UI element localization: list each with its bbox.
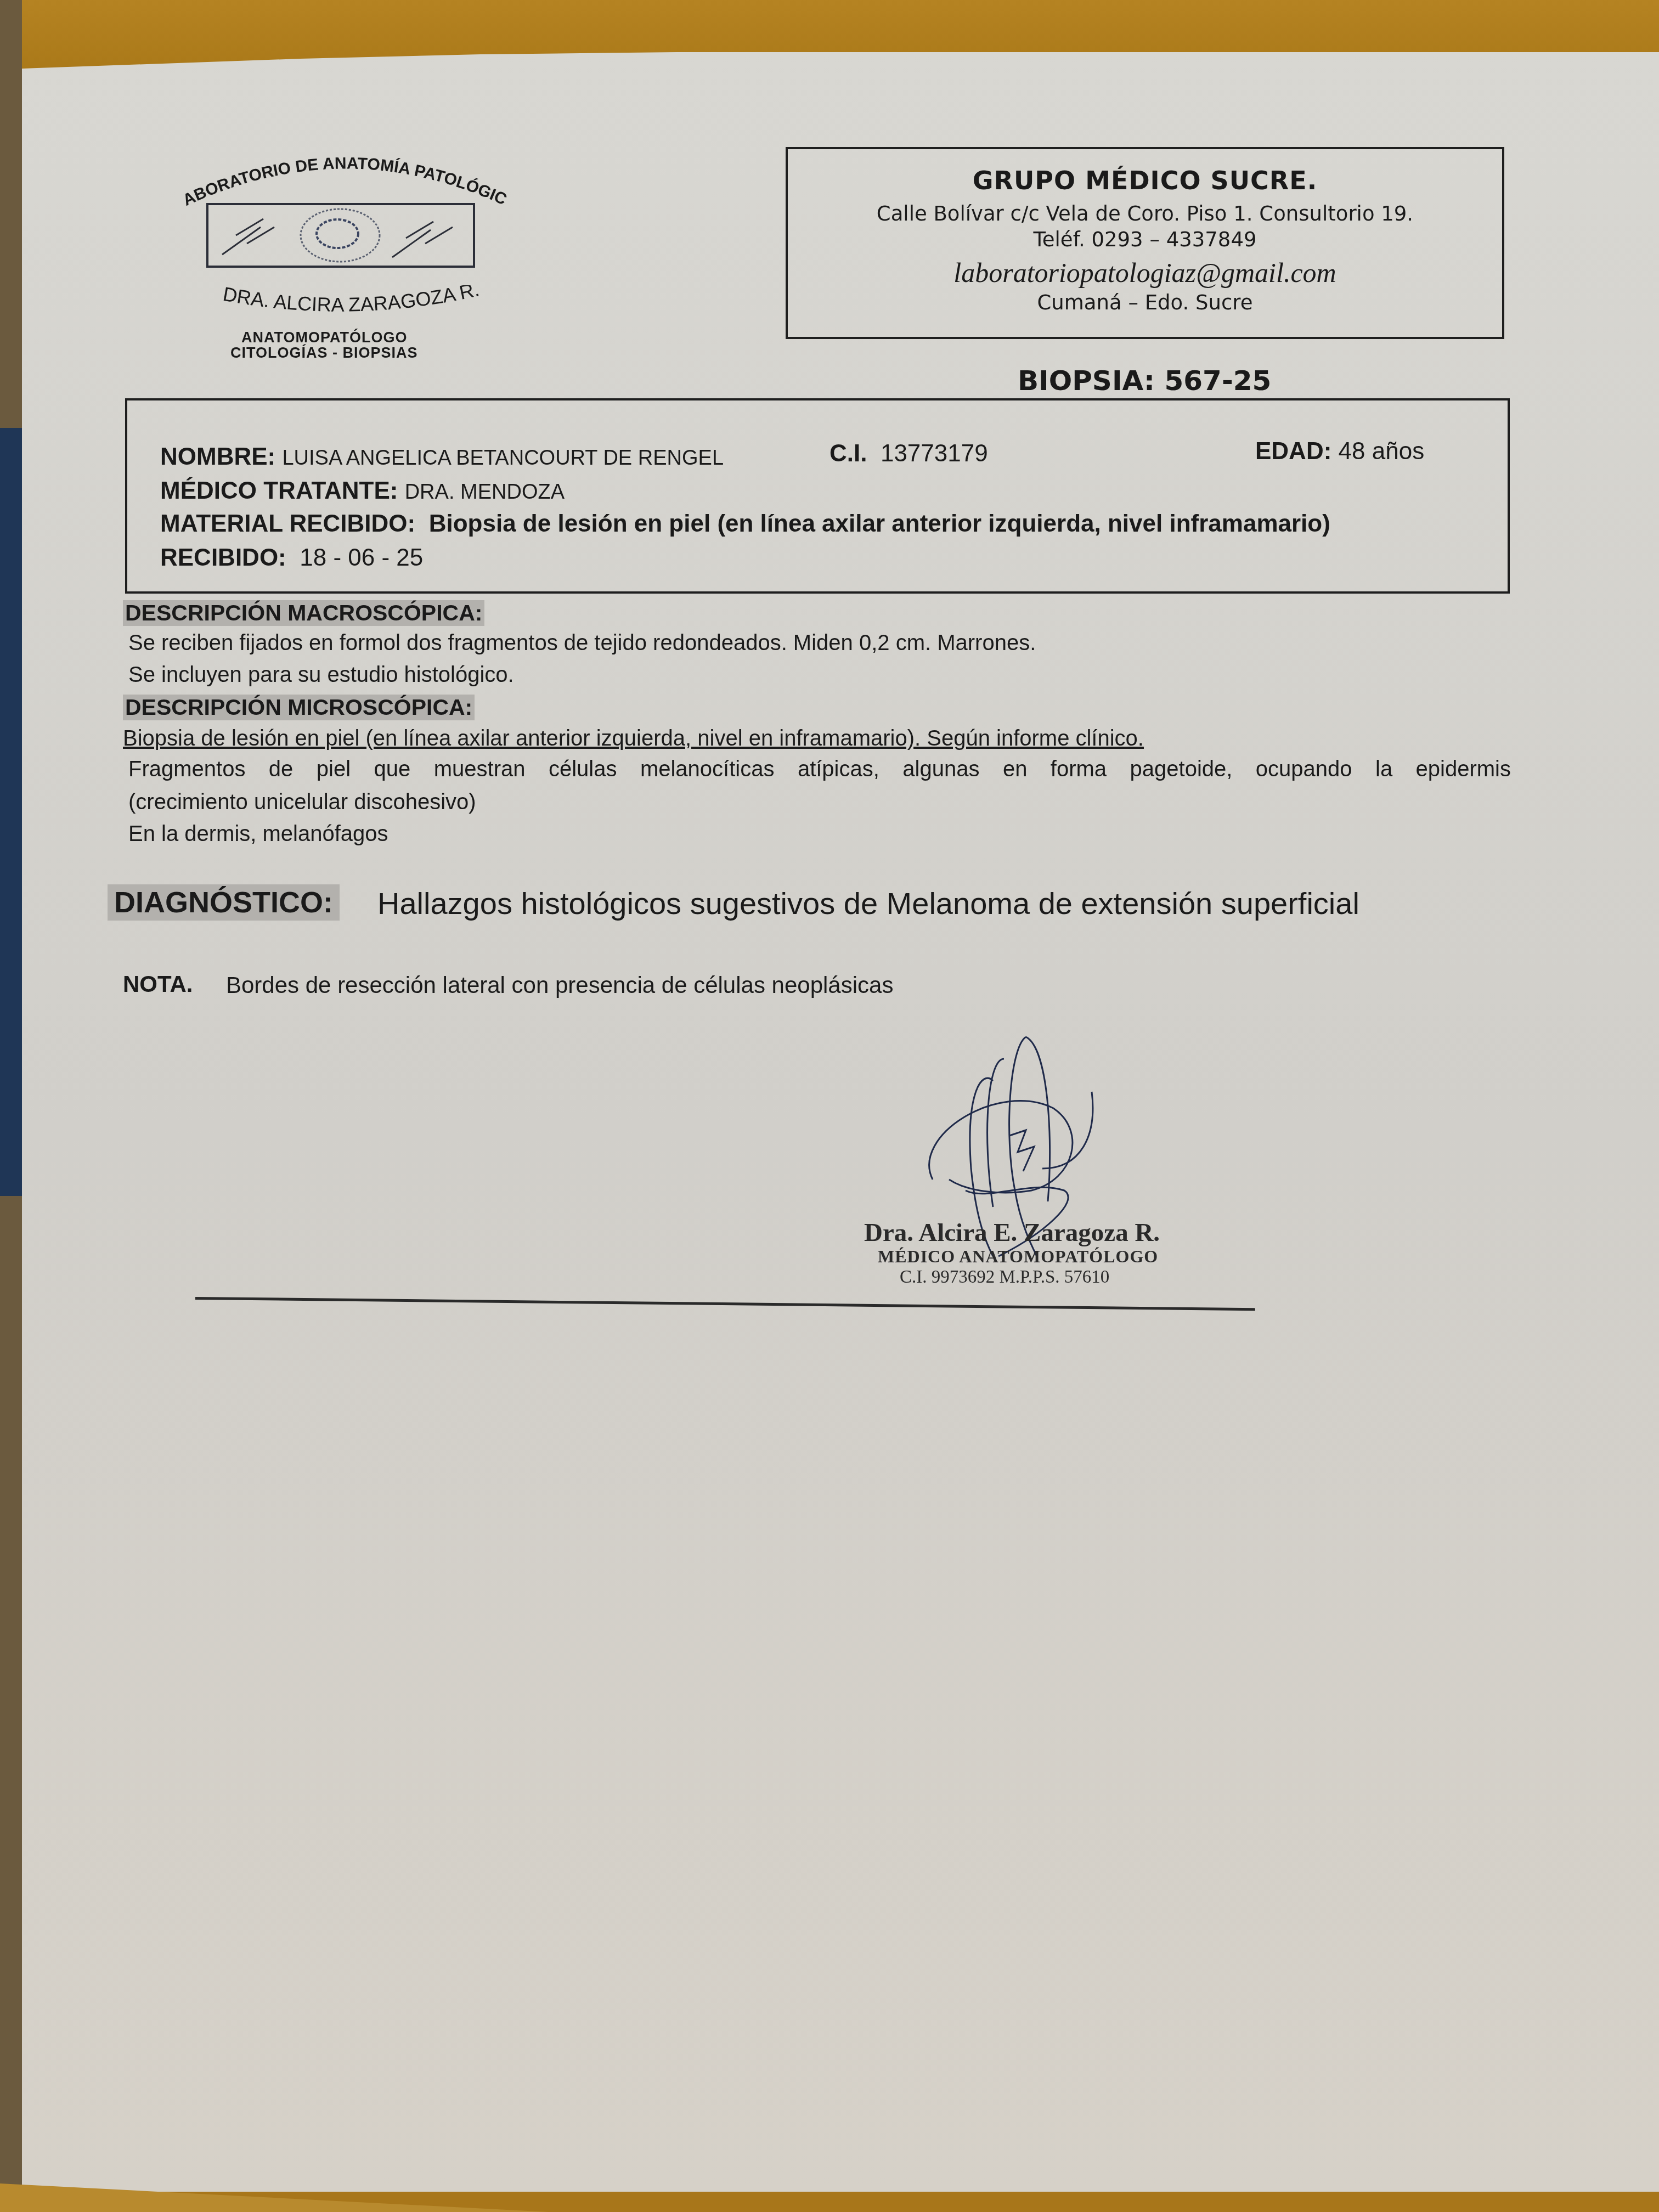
micro-subtitle: Biopsia de lesión en piel (en línea axil…	[123, 726, 1144, 751]
biopsy-label: BIOPSIA:	[1018, 365, 1155, 397]
patient-name: LUISA ANGELICA BETANCOURT DE RENGEL	[282, 447, 724, 470]
svg-text:DRA. ALCIRA ZARAGOZA R.: DRA. ALCIRA ZARAGOZA R.	[221, 285, 481, 316]
diagnosis-text: Hallazgos histológicos sugestivos de Mel…	[377, 885, 1359, 921]
micro-line-3: En la dermis, melanófagos	[128, 822, 388, 847]
logo-services: CITOLOGÍAS - BIOPSIAS	[230, 345, 418, 362]
logo-specialty: ANATOMOPATÓLOGO	[241, 329, 407, 346]
micro-heading: DESCRIPCIÓN MICROSCÓPICA:	[123, 695, 475, 720]
clinic-address: Calle Bolívar c/c Vela de Coro. Piso 1. …	[788, 202, 1502, 225]
signatory-name: Dra. Alcira E. Zaragoza R.	[864, 1218, 1160, 1248]
micro-line-2: (crecimiento unicelular discohesivo)	[128, 790, 476, 815]
received-row: RECIBIDO: 18 - 06 - 25	[160, 544, 423, 572]
received-date: 18 - 06 - 25	[300, 544, 423, 571]
clinic-name: GRUPO MÉDICO SUCRE.	[788, 166, 1502, 195]
patient-age: 48 años	[1339, 438, 1425, 465]
material-row: MATERIAL RECIBIDO: Biopsia de lesión en …	[160, 510, 1330, 538]
macro-line-1: Se reciben fijados en formol dos fragmen…	[128, 631, 1036, 656]
treating-doctor-row: MÉDICO TRATANTE: DRA. MENDOZA	[160, 477, 565, 505]
clinic-phone: Teléf. 0293 – 4337849	[788, 228, 1502, 251]
age-label: EDAD:	[1255, 438, 1331, 465]
lab-logo-arc: LABORATORIO DE ANATOMÍA PATOLÓGICA	[176, 137, 516, 214]
material-label: MATERIAL RECIBIDO:	[160, 510, 415, 537]
svg-text:LABORATORIO DE ANATOMÍA PATOLÓ: LABORATORIO DE ANATOMÍA PATOLÓGICA	[176, 137, 510, 210]
received-label: RECIBIDO:	[160, 544, 286, 571]
signatory-ids: C.I. 9973692 M.P.P.S. 57610	[900, 1267, 1109, 1288]
clinic-city: Cumaná – Edo. Sucre	[788, 291, 1502, 314]
ci-label: C.I.	[830, 440, 867, 467]
treating-doctor: DRA. MENDOZA	[405, 481, 565, 504]
name-label: NOMBRE:	[160, 443, 275, 470]
clinic-header-box: GRUPO MÉDICO SUCRE. Calle Bolívar c/c Ve…	[786, 147, 1504, 339]
material-value: Biopsia de lesión en piel (en línea axil…	[429, 510, 1330, 537]
patient-name-row: NOMBRE: LUISA ANGELICA BETANCOURT DE REN…	[160, 443, 724, 471]
macro-line-2: Se incluyen para su estudio histológico.	[128, 663, 514, 687]
patient-ci: 13773179	[881, 440, 988, 467]
lab-logo-doctor-arc: DRA. ALCIRA ZARAGOZA R.	[198, 285, 505, 335]
patient-info-box: NOMBRE: LUISA ANGELICA BETANCOURT DE REN…	[125, 398, 1510, 594]
patient-age-row: EDAD: 48 años	[1255, 438, 1424, 465]
microscope-slide-icon	[206, 203, 475, 268]
clinic-email: laboratoriopatologiaz@gmail.com	[788, 257, 1502, 289]
patient-ci-row: C.I. 13773179	[830, 440, 988, 467]
micro-line-1: Fragmentos de piel que muestran células …	[128, 757, 1511, 782]
biopsy-value: 567-25	[1165, 365, 1272, 397]
background-fabric	[0, 428, 22, 1196]
biopsy-number: BIOPSIA: 567-25	[1018, 365, 1271, 397]
macro-heading: DESCRIPCIÓN MACROSCÓPICA:	[123, 600, 484, 626]
note-text: Bordes de resección lateral con presenci…	[226, 972, 893, 998]
diagnosis-label: DIAGNÓSTICO:	[108, 884, 340, 921]
note-label: NOTA.	[123, 971, 193, 997]
signatory-role: MÉDICO ANATOMOPATÓLOGO	[878, 1246, 1158, 1267]
report-page	[22, 52, 1659, 2192]
doctor-label: MÉDICO TRATANTE:	[160, 477, 398, 504]
